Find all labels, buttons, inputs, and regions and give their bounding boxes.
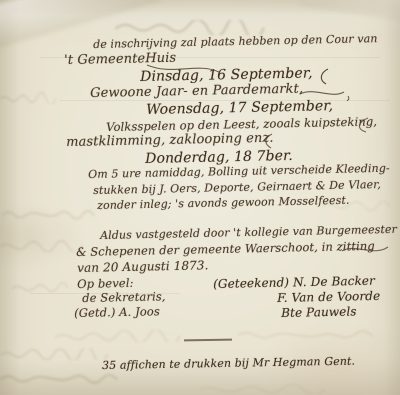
signature-left-sekretaris: de Sekretaris, [82, 289, 166, 305]
signature-right-name-3: Bte Pauwels [281, 304, 357, 320]
signature-right-name-1: (Geteekend) N. De Backer [213, 274, 375, 291]
flourish [260, 133, 276, 149]
manuscript-line: mastklimming, zaklooping enz. [66, 131, 274, 150]
bleedthrough-ghost [0, 92, 58, 104]
bleedthrough-ghost [200, 384, 330, 394]
manuscript-line: & Schepenen der gemeente Waerschoot, in … [76, 239, 375, 259]
flourish [298, 86, 354, 101]
bleedthrough-ghost [12, 282, 70, 293]
manuscript-line: van 20 Augusti 1873. [77, 258, 209, 275]
flourish [145, 60, 223, 78]
bleedthrough-ghost [0, 372, 122, 385]
manuscript-line: Gewoone Jaar- en Paardemarkt, [90, 82, 303, 101]
section-divider-rule [184, 339, 232, 341]
signature-left-op-bevel: Op bevel: [77, 276, 134, 291]
manuscript-page: de inschrijving zal plaats hebben op den… [0, 0, 400, 395]
flourish [352, 116, 372, 134]
bleedthrough-ghost [238, 329, 378, 341]
signature-left-name: (Getd.) A. Joos [74, 304, 160, 320]
bleedthrough-ghost [2, 208, 98, 221]
bleedthrough-ghost [0, 348, 112, 360]
manuscript-line: zonder inleg; 's avonds gewoon Mosselfee… [97, 194, 350, 212]
footer-note: 35 affichen te drukken bij Mr Hegman Gen… [102, 355, 355, 372]
paper-crease [299, 0, 400, 26]
bleedthrough-ghost [0, 240, 86, 252]
bleedthrough-ghost [115, 20, 270, 35]
flourish [316, 68, 332, 85]
signature-right-name-2: F. Van de Voorde [277, 289, 380, 305]
bleedthrough-ghost [55, 330, 185, 342]
flourish [340, 241, 392, 259]
